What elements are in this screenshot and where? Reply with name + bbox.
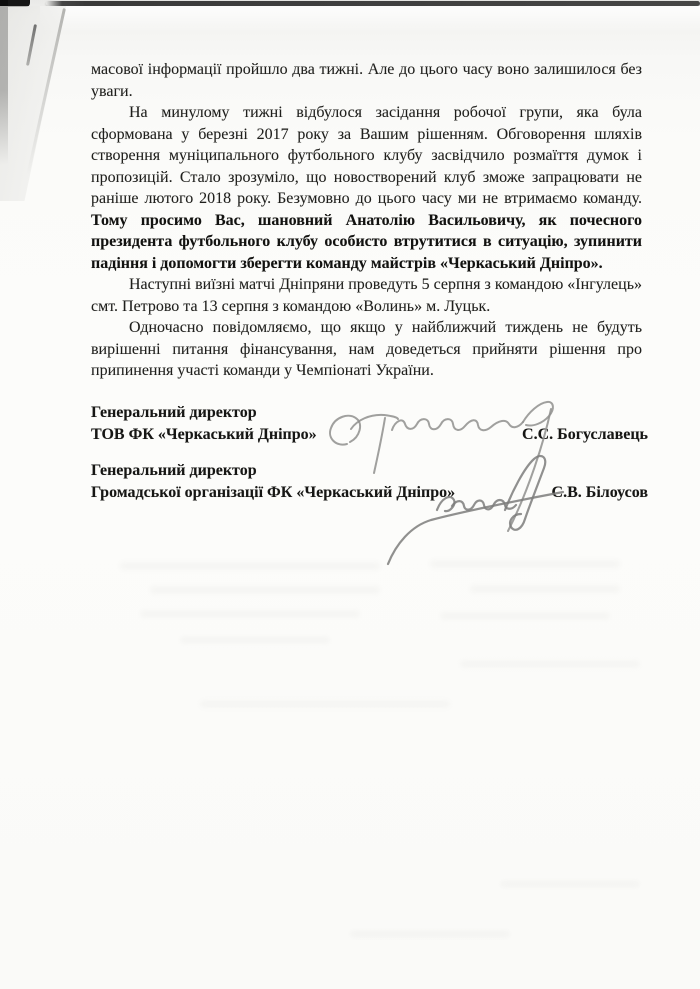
letter-body: масової інформації пройшло два тижні. Ал…: [91, 59, 642, 382]
ghost-mark: [430, 560, 620, 568]
signature-block-1: Генеральний директор ТОВ ФК «Черкаський …: [91, 402, 648, 445]
paragraph: На минулому тижні відбулося засідання ро…: [91, 102, 642, 274]
ghost-mark: [440, 612, 610, 620]
page-fold-shadow: [0, 6, 72, 201]
paragraph-text: Одночасно повідомляємо, що якщо у найбли…: [91, 319, 642, 379]
signature-block-2: Генеральний директор Громадської організ…: [91, 460, 648, 503]
ghost-mark: [470, 585, 620, 593]
signatory-organization: ТОВ ФК «Черкаський Дніпро»: [91, 424, 317, 446]
ghost-mark: [460, 660, 640, 668]
paragraph-bold-text: Тому просимо Вас, шановний Анатолію Васи…: [91, 212, 642, 272]
signatory-name: С.В. Білоусов: [552, 482, 648, 504]
paragraph-text: масової інформації пройшло два тижні. Ал…: [91, 61, 642, 100]
ghost-mark: [150, 586, 380, 594]
signatory-title: Генеральний директор: [91, 402, 648, 424]
paragraph: масової інформації пройшло два тижні. Ал…: [91, 59, 642, 102]
paragraph: Одночасно повідомляємо, що якщо у найбли…: [91, 317, 642, 382]
signatory-title: Генеральний директор: [91, 460, 648, 482]
scanned-letter-page: масової інформації пройшло два тижні. Ал…: [0, 0, 700, 989]
ghost-mark: [200, 700, 450, 708]
signatory-organization: Громадської організації ФК «Черкаський Д…: [91, 482, 455, 504]
ghost-mark: [500, 880, 640, 888]
ghost-mark: [120, 562, 380, 570]
signatory-name: С.С. Богуславець: [522, 424, 648, 446]
ghost-mark: [350, 930, 510, 938]
ghost-mark: [180, 636, 330, 644]
paragraph-text: На минулому тижні відбулося засідання ро…: [91, 104, 642, 207]
ghost-mark: [140, 610, 360, 618]
paragraph: Наступні виїзні матчі Дніпряни проведуть…: [91, 274, 642, 317]
page-top-highlight: [40, 6, 700, 32]
paragraph-text: Наступні виїзні матчі Дніпряни проведуть…: [91, 276, 642, 315]
